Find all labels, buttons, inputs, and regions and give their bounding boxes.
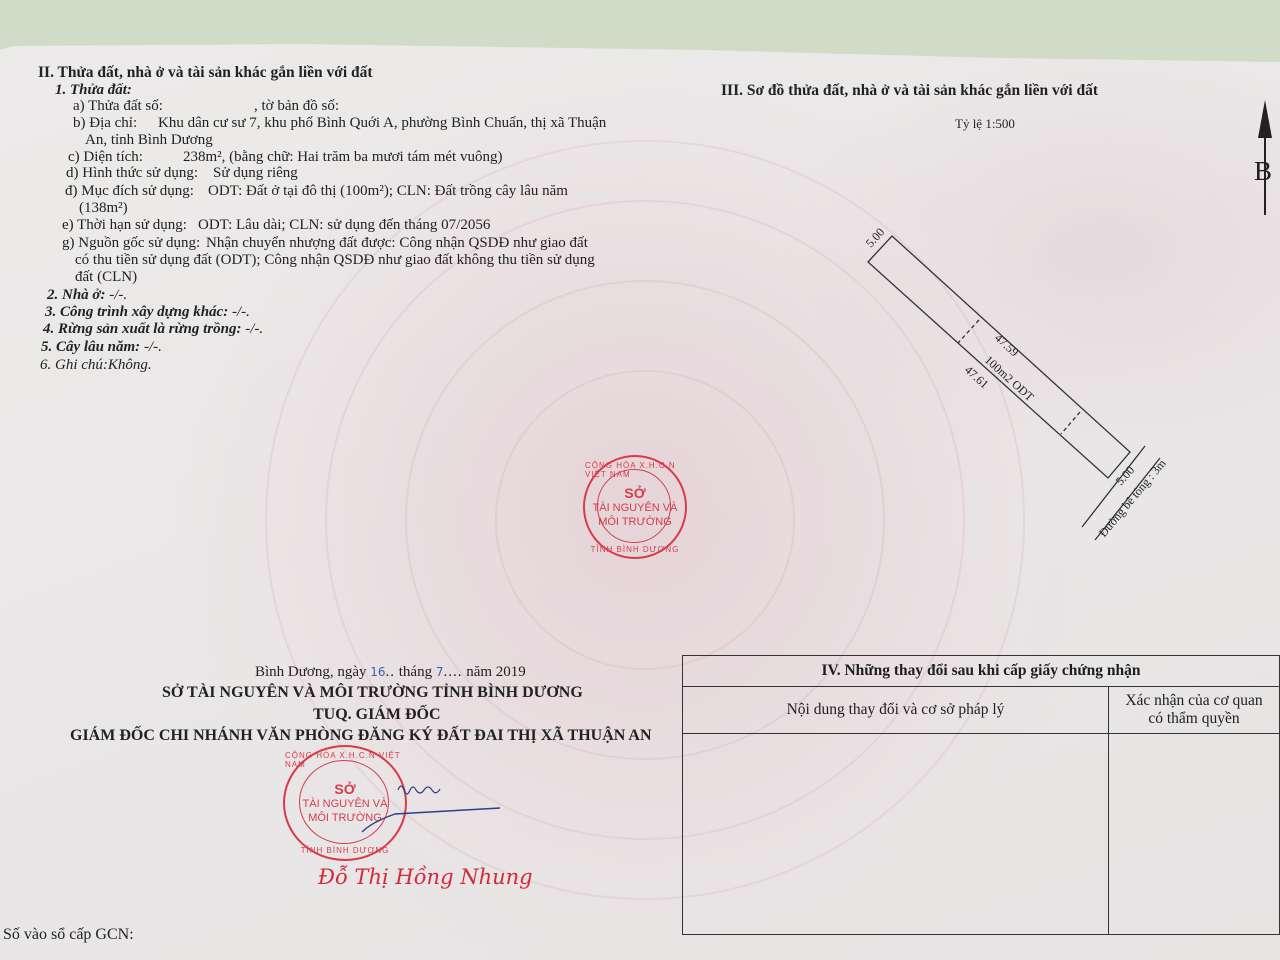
authority-confirmation-cell <box>1109 734 1280 935</box>
register-number-label: Số vào sổ cấp GCN: <box>3 926 134 943</box>
on-behalf: TUQ. GIÁM ĐỐC <box>313 706 441 723</box>
usage-form-label: d) Hình thức sử dụng: <box>66 165 198 182</box>
other-construction-label: 3. Công trình xây dựng khác: <box>45 304 228 320</box>
change-content-cell <box>683 734 1109 935</box>
usage-form-value: Sử dụng riêng <box>213 165 298 182</box>
purpose-label: đ) Mục đích sử dụng: <box>65 183 194 200</box>
official-stamp-signature: CỘNG HÒA X.H.C.N VIỆT NAM SỞ TÀI NGUYÊN … <box>283 745 407 861</box>
origin-label: g) Nguồn gốc sử dụng: <box>62 235 200 252</box>
scale-label: Tỷ lệ 1:500 <box>955 115 1015 132</box>
section2-heading: II. Thửa đất, nhà ở và tài sản khác gắn … <box>38 64 373 81</box>
signer-title: GIÁM ĐỐC CHI NHÁNH VĂN PHÒNG ĐĂNG KÝ ĐẤT… <box>70 727 652 744</box>
area-value: 238m², (bằng chữ: Hai trăm ba mươi tám m… <box>183 149 502 166</box>
address-value-2: An, tỉnh Bình Dương <box>85 132 213 149</box>
house-row: 2. Nhà ở: -/-. <box>47 287 127 304</box>
other-construction-row: 3. Công trình xây dựng khác: -/-. <box>45 304 250 321</box>
perennial-row: 5. Cây lâu năm: -/-. <box>41 339 162 356</box>
place-date: Bình Dương, ngày 16.. tháng 7.... năm 20… <box>255 664 526 681</box>
forest-row: 4. Rừng sản xuất là rừng trồng: -/-. <box>43 321 263 338</box>
address-value-1: Khu dân cư sư 7, khu phố Bình Quới A, ph… <box>158 115 606 132</box>
origin-value-2: có thu tiền sử dụng đất (ODT); Công nhận… <box>75 252 595 269</box>
official-stamp-center: CỘNG HÒA X.H.C.N VIỆT NAM SỞ TÀI NGUYÊN … <box>583 455 687 559</box>
parcel-number-label: a) Thửa đất số: <box>73 98 163 115</box>
notes-value: Không. <box>108 357 152 373</box>
col-authority-confirmation: Xác nhận của cơ quan có thẩm quyền <box>1109 687 1280 734</box>
purpose-value-1: ODT: Đất ở tại đô thị (100m²); CLN: Đất … <box>208 183 568 200</box>
forest-label: 4. Rừng sản xuất là rừng trồng: <box>43 321 241 337</box>
section3-heading: III. Sơ đồ thửa đất, nhà ở và tài sản kh… <box>721 82 1098 99</box>
col-change-content: Nội dung thay đổi và cơ sở pháp lý <box>683 687 1109 734</box>
area-label: c) Diện tích: <box>68 149 143 166</box>
notes-label: 6. Ghi chú: <box>40 357 108 373</box>
north-label: B <box>1254 156 1272 187</box>
section4-heading: IV. Những thay đổi sau khi cấp giấy chứn… <box>683 656 1280 687</box>
signer-name: Đỗ Thị Hồng Nhung <box>318 865 533 889</box>
forest-value: -/-. <box>245 321 263 337</box>
notes-row: 6. Ghi chú:Không. <box>40 357 152 374</box>
origin-value-1: Nhận chuyển nhượng đất được: Công nhận Q… <box>206 235 588 252</box>
changes-table: IV. Những thay đổi sau khi cấp giấy chứn… <box>682 655 1280 935</box>
perennial-value: -/-. <box>144 339 162 355</box>
term-label: e) Thời hạn sử dụng: <box>62 217 187 234</box>
purpose-value-2: (138m²) <box>79 200 128 217</box>
map-sheet-label: , tờ bản đồ số: <box>254 98 339 115</box>
issuing-org: SỞ TÀI NGUYÊN VÀ MÔI TRƯỜNG TỈNH BÌNH DƯ… <box>162 684 583 701</box>
other-construction-value: -/-. <box>232 304 250 320</box>
origin-value-3: đất (CLN) <box>75 269 137 286</box>
address-label: b) Địa chỉ: <box>73 115 137 132</box>
house-value: -/-. <box>109 287 127 303</box>
term-value: ODT: Lâu dài; CLN: sử dụng đến tháng 07/… <box>198 217 490 234</box>
perennial-label: 5. Cây lâu năm: <box>41 339 140 355</box>
date-day: 16 <box>370 665 385 679</box>
item1-title: 1. Thửa đất: <box>55 82 132 99</box>
house-label: 2. Nhà ở: <box>47 287 105 303</box>
